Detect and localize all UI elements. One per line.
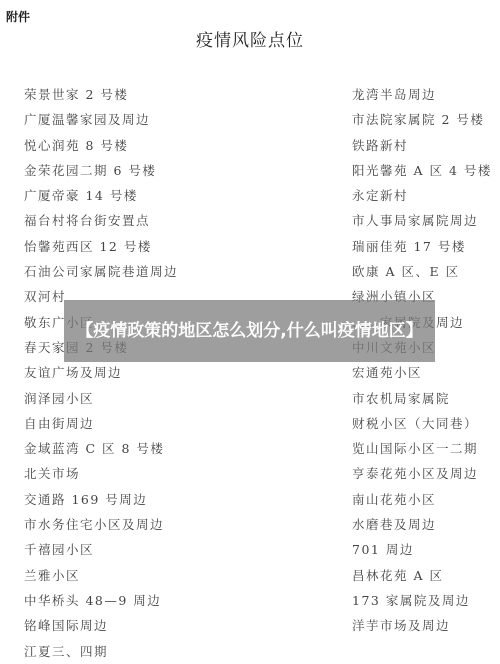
location-item: 铭峰国际周边 bbox=[24, 613, 178, 638]
location-item: 广厦温馨家园及周边 bbox=[24, 107, 178, 132]
location-item: 洋芋市场及周边 bbox=[352, 613, 492, 638]
location-item: 北关市场 bbox=[24, 461, 178, 486]
document-title: 疫情风险点位 bbox=[0, 26, 500, 51]
location-item: 欧康 A 区、E 区 bbox=[352, 259, 492, 284]
attachment-label: 附件 bbox=[6, 8, 30, 25]
location-item: 市法院家属院 2 号楼 bbox=[352, 107, 492, 132]
location-item: 水磨巷及周边 bbox=[352, 512, 492, 537]
location-item: 交通路 169 号周边 bbox=[24, 487, 178, 512]
location-item: 兰雅小区 bbox=[24, 563, 178, 588]
headline-overlay-text: 【疫情政策的地区怎么划分,什么叫疫情地区】 bbox=[70, 319, 428, 343]
location-item: 润泽园小区 bbox=[24, 386, 178, 411]
location-item: 市水务住宅小区及周边 bbox=[24, 512, 178, 537]
location-item: 阳光馨苑 A 区 4 号楼 bbox=[352, 158, 492, 183]
location-item: 金荣花园二期 6 号楼 bbox=[24, 158, 178, 183]
risk-locations-left-column: 荣景世家 2 号楼 广厦温馨家园及周边 悦心润苑 8 号楼 金荣花园二期 6 号… bbox=[24, 82, 178, 664]
location-item: 览山国际小区一二期 bbox=[352, 436, 492, 461]
location-item: 广厦帝豪 14 号楼 bbox=[24, 183, 178, 208]
location-item: 千禧园小区 bbox=[24, 537, 178, 562]
location-item: 瑞丽佳苑 17 号楼 bbox=[352, 234, 492, 259]
location-item: 悦心润苑 8 号楼 bbox=[24, 133, 178, 158]
location-item: 财税小区（大同巷） bbox=[352, 411, 492, 436]
location-item: 永定新村 bbox=[352, 183, 492, 208]
location-item: 江夏三、四期 bbox=[24, 639, 178, 664]
location-item: 荣景世家 2 号楼 bbox=[24, 82, 178, 107]
location-item: 中华桥头 48—9 周边 bbox=[24, 588, 178, 613]
location-item: 701 周边 bbox=[352, 537, 492, 562]
location-item: 龙湾半岛周边 bbox=[352, 82, 492, 107]
location-item: 怡馨苑西区 12 号楼 bbox=[24, 234, 178, 259]
location-item: 友谊广场及周边 bbox=[24, 360, 178, 385]
location-item: 市农机局家属院 bbox=[352, 386, 492, 411]
location-item: 173 家属院及周边 bbox=[352, 588, 492, 613]
location-item: 宏通苑小区 bbox=[352, 360, 492, 385]
location-item: 昌林花苑 A 区 bbox=[352, 563, 492, 588]
location-item: 铁路新村 bbox=[352, 133, 492, 158]
location-item: 石油公司家属院巷道周边 bbox=[24, 259, 178, 284]
location-item: 金域蓝湾 C 区 8 号楼 bbox=[24, 436, 178, 461]
location-item: 福台村将台街安置点 bbox=[24, 208, 178, 233]
location-item: 自由街周边 bbox=[24, 411, 178, 436]
location-item: 南山花苑小区 bbox=[352, 487, 492, 512]
location-item: 市人事局家属院周边 bbox=[352, 208, 492, 233]
headline-overlay-banner: 【疫情政策的地区怎么划分,什么叫疫情地区】 bbox=[64, 300, 435, 362]
location-item: 亨泰花苑小区及周边 bbox=[352, 461, 492, 486]
